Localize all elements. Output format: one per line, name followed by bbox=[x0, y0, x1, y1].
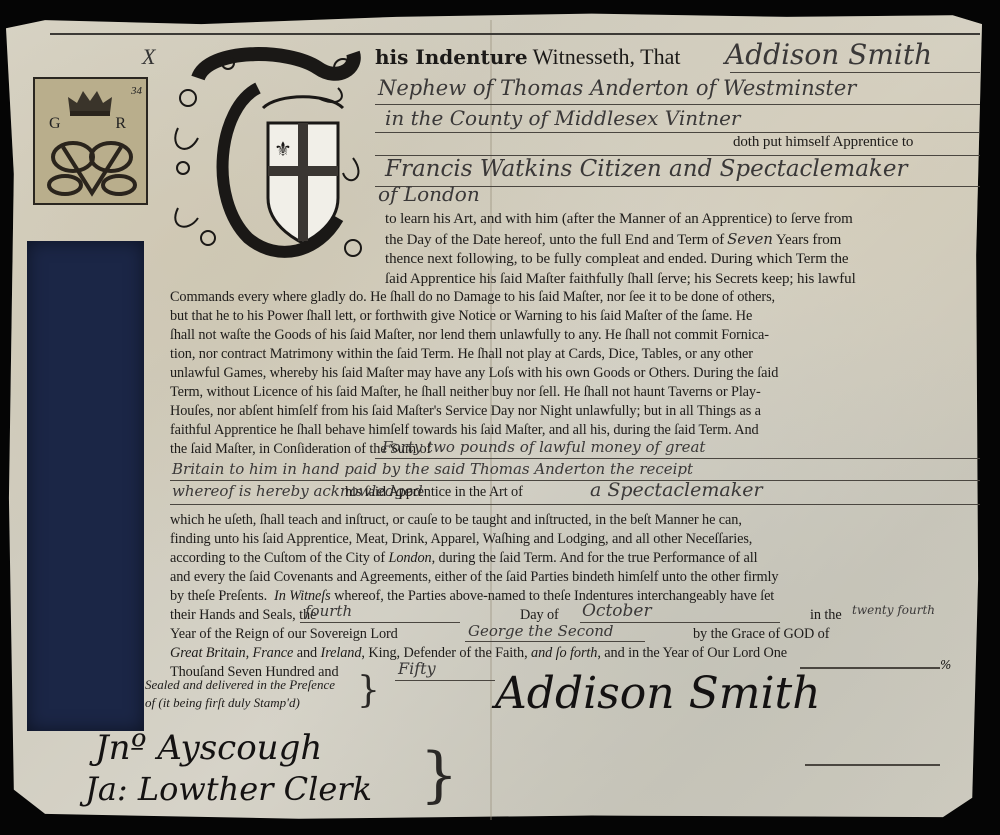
fold-crease bbox=[490, 20, 492, 820]
text: Ireland bbox=[321, 645, 362, 661]
witness-signature-1: Jnº Ayscough bbox=[95, 728, 322, 768]
rule bbox=[375, 132, 980, 133]
rule bbox=[375, 104, 980, 105]
royal-cypher-icon bbox=[43, 137, 141, 199]
text: and ſo forth bbox=[531, 645, 597, 661]
stamp-letter-r: R bbox=[115, 115, 126, 133]
master-name: Francis Watkins Citizen and Spectaclemak… bbox=[385, 156, 907, 182]
rule bbox=[805, 764, 940, 766]
tax-stamp: G R 34 bbox=[33, 77, 148, 205]
day-value: fourth bbox=[305, 602, 352, 620]
text: and bbox=[293, 645, 320, 661]
body-line-3: thence next following, to be fully compl… bbox=[385, 251, 848, 268]
body-line-9: unlawful Games, whereby his ſaid Maſter … bbox=[170, 365, 778, 382]
crown-icon bbox=[65, 87, 115, 117]
sealed-line-1: Sealed and delivered in the Preſence bbox=[145, 676, 335, 694]
sovereign-name: George the Second bbox=[468, 622, 614, 640]
text: according to the Cuſtom of the City of bbox=[170, 550, 385, 566]
text: by theſe Preſents. bbox=[170, 588, 267, 604]
apprentice-signature: Addison Smith bbox=[495, 668, 821, 719]
regnal-year: twenty fourth bbox=[852, 603, 935, 617]
text: , and in the Year of Our Lord One bbox=[597, 645, 787, 661]
text: whereof, the Parties above-named to theſ… bbox=[331, 588, 775, 604]
text: , during the ſaid Term. And for the true… bbox=[432, 550, 758, 566]
brace-icon: } bbox=[357, 670, 380, 711]
body-line-6: but that he to his Power ſhall lett, or … bbox=[170, 308, 752, 325]
end-mark: % bbox=[940, 658, 951, 672]
in-the-label: in the bbox=[810, 607, 842, 624]
brace-icon: } bbox=[420, 740, 458, 810]
sealed-line-2: of (it being firſt duly Stamp'd) bbox=[145, 694, 335, 712]
heading-blackletter: his Indenture bbox=[375, 45, 528, 69]
text: Years from bbox=[776, 232, 841, 248]
heading-roman: Witnesseth, That bbox=[533, 44, 681, 69]
rule bbox=[300, 622, 460, 623]
apprentice-relation: Nephew of Thomas Anderton of Westminster bbox=[378, 76, 856, 100]
text: , King, Defender of the Faith, bbox=[361, 645, 531, 661]
corner-mark: X bbox=[142, 44, 155, 70]
body-line-11: Houſes, nor abſent himſelf from his ſaid… bbox=[170, 403, 761, 420]
put-phrase: doth put himself Apprentice to bbox=[733, 134, 913, 151]
rule bbox=[170, 480, 980, 481]
term-years: Seven bbox=[727, 230, 773, 248]
body-line-5: Commands every where gladly do. He ſhall… bbox=[170, 289, 775, 306]
instruct-phrase: his ſaid Apprentice in the Art of bbox=[345, 484, 523, 501]
svg-text:⚜: ⚜ bbox=[274, 137, 292, 161]
body-line-8: tion, nor contract Matrimony within the … bbox=[170, 346, 753, 363]
master-city: of London bbox=[378, 182, 480, 206]
decorated-initial-t-icon: ⚜ bbox=[168, 38, 368, 268]
witness-signature-2: Ja: Lowther Clerk bbox=[85, 770, 372, 808]
top-rule bbox=[50, 33, 980, 35]
rule bbox=[375, 458, 980, 459]
body-line-4: ſaid Apprentice his ſaid Maſter faithful… bbox=[385, 271, 856, 288]
body2-line-2: finding unto his ſaid Apprentice, Meat, … bbox=[170, 531, 752, 548]
body-line-12: faithful Apprentice he ſhall behave himſ… bbox=[170, 422, 759, 439]
body2-line-8: Great Britain, France and Ireland, King,… bbox=[170, 645, 787, 662]
rule bbox=[800, 667, 940, 669]
body-line-7: ſhall not waſte the Goods of his ſaid Ma… bbox=[170, 327, 769, 344]
year-value: Fifty bbox=[398, 659, 436, 678]
rule bbox=[465, 641, 645, 642]
rule bbox=[170, 504, 980, 505]
body2-line-6: their Hands and Seals, the bbox=[170, 607, 316, 624]
text: Great Britain, France bbox=[170, 645, 293, 661]
body2-line-1: which he uſeth, ſhall teach and inſtruct… bbox=[170, 512, 742, 529]
body2-line-5: by theſe Preſents. In Witneſs whereof, t… bbox=[170, 588, 774, 605]
rule bbox=[395, 680, 495, 681]
body2-line-3: according to the Cuſtom of the City of L… bbox=[170, 550, 758, 567]
body-line-2: the Day of the Date hereof, unto the ful… bbox=[385, 231, 841, 249]
blue-ribbon-seal bbox=[27, 241, 144, 731]
rule bbox=[730, 72, 980, 73]
sealed-delivered-text: Sealed and delivered in the Preſence of … bbox=[145, 676, 335, 712]
consideration-line-2: Britain to him in hand paid by the said … bbox=[172, 460, 693, 478]
month-value: October bbox=[582, 601, 652, 621]
art-trade: a Spectaclemaker bbox=[590, 479, 763, 501]
apprentice-name: Addison Smith bbox=[725, 38, 932, 71]
stamp-letter-g: G bbox=[49, 115, 61, 133]
stamp-number: 34 bbox=[131, 85, 142, 97]
grace-of-god: by the Grace of GOD of bbox=[693, 626, 829, 643]
body-line-10: Term, without Licence of his ſaid Maſter… bbox=[170, 384, 761, 401]
body2-line-7: Year of the Reign of our Sovereign Lord bbox=[170, 626, 398, 643]
text: the Day of the Date hereof, unto the ful… bbox=[385, 232, 724, 248]
apprentice-county: in the County of Middlesex Vintner bbox=[385, 106, 740, 130]
body-line-1: to learn his Art, and with him (after th… bbox=[385, 211, 853, 228]
consideration-line-1: Forty two pounds of lawful money of grea… bbox=[382, 438, 705, 456]
indenture-heading: his Indenture Witnesseth, That bbox=[375, 44, 680, 70]
body2-line-4: and every the ſaid Covenants and Agreeme… bbox=[170, 569, 778, 586]
city-london: London bbox=[388, 550, 431, 566]
